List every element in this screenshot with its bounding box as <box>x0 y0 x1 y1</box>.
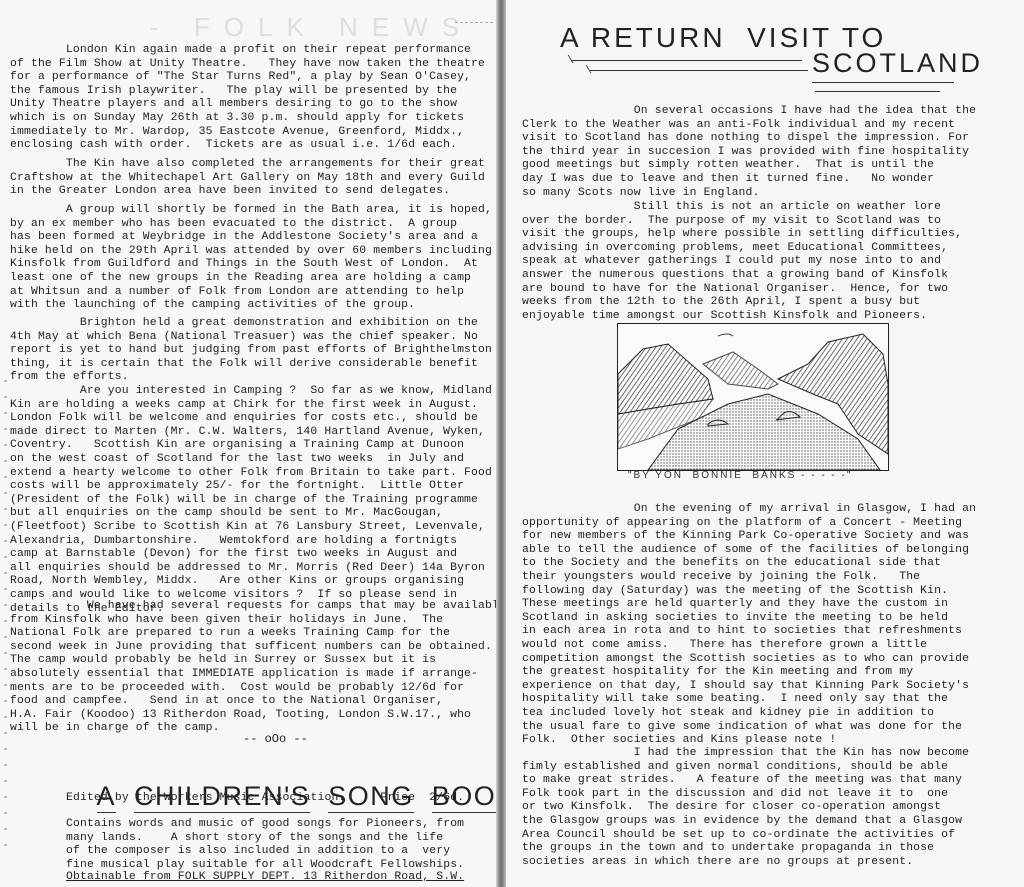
separator: -- oOo -- <box>243 732 308 746</box>
text-line: for a performance of "The Star Turns Red… <box>10 71 485 85</box>
text-line: the groups in the town and to undertake … <box>522 842 969 856</box>
songbook-description: Contains words and music of good songs f… <box>66 818 464 872</box>
paragraph-weather: On several occasions I have had the idea… <box>522 105 976 200</box>
paragraph-camp-requests: We have had several requests for camps t… <box>10 600 496 736</box>
text-line: thing, it is certain that the Folk will … <box>10 358 492 372</box>
text-line: from Kinsfolk who have been given their … <box>10 614 496 628</box>
text-line: in the Greater London area have been inv… <box>10 185 485 199</box>
text-line: by an ex member who has been evacuated t… <box>10 218 492 232</box>
text-line: (President of the Folk) will be in charg… <box>10 494 492 508</box>
songbook-obtainable: Obtainable from FOLK SUPPLY DEPT. 13 Rit… <box>66 871 464 885</box>
text-line: able to tell the audience of some of the… <box>522 544 976 558</box>
text-line: to the Society and the benefits on the e… <box>522 557 976 571</box>
text-line: all enquiries should be addressed to Mr.… <box>10 562 492 576</box>
text-line: but all enquiries on the camp should be … <box>10 507 492 521</box>
text-line: We have had several requests for camps t… <box>10 600 496 614</box>
text-line: with the launching of the camping activi… <box>10 299 492 313</box>
text-line: their youngsters would receive by joinin… <box>522 571 976 585</box>
book-spine <box>496 0 506 887</box>
text-line: which is on Sunday May 26th at 3.30 p.m.… <box>10 112 485 126</box>
text-line: On several occasions I have had the idea… <box>522 105 976 119</box>
paragraph-purpose: Still this is not an article on weather … <box>522 201 962 323</box>
text-line: The camp would probably be held in Surre… <box>10 654 496 668</box>
text-line: societies areas in which there are no gr… <box>522 856 969 870</box>
text-line: to make great strides. A feature of the … <box>522 774 969 788</box>
title-arrow-line <box>590 70 808 71</box>
text-line: 4th May at which Bena (National Treasuer… <box>10 331 492 345</box>
text-line: weeks from the 12th to the 26th April, I… <box>522 296 962 310</box>
text-line: food and campfee. Send in at once to the… <box>10 695 496 709</box>
title-arrow-line <box>572 60 802 61</box>
paragraph-camping: Are you interested in Camping ? So far a… <box>10 385 492 616</box>
text-line: tea included lovely hot steak and kidney… <box>522 707 976 721</box>
text-line: Area Council should be set up to co-ordi… <box>522 829 969 843</box>
text-line: speak at whatever gatherings I could put… <box>522 255 962 269</box>
text-line: at Whitsun and a number of Folk from Lon… <box>10 286 492 300</box>
paragraph-glasgow-arrival: On the evening of my arrival in Glasgow,… <box>522 503 976 748</box>
text-line: camp at Barnstable (Devon) for the first… <box>10 548 492 562</box>
text-line: These meetings are held quarterly and th… <box>522 598 976 612</box>
text-line: London Folk will be welcome and enquirie… <box>10 412 492 426</box>
text-line: visit the groups, help where possible in… <box>522 228 962 242</box>
text-line: On the evening of my arrival in Glasgow,… <box>522 503 976 517</box>
text-line: of the Film Show at Unity Theatre. They … <box>10 58 485 72</box>
paragraph-bath-group: A group will shortly be formed in the Ba… <box>10 204 492 313</box>
text-line: Brighton held a great demonstration and … <box>10 317 492 331</box>
text-line: advising in overcoming problems, meet Ed… <box>522 242 962 256</box>
text-line: second week in June providing that suffi… <box>10 641 496 655</box>
text-line: enjoyable time amongst our Scottish Kins… <box>522 310 962 324</box>
paragraph-craftshow: The Kin have also completed the arrangem… <box>10 158 485 199</box>
paragraph-brighton: Brighton held a great demonstration and … <box>10 317 492 385</box>
text-line: Kinsfolk from Guildford and Things in th… <box>10 258 492 272</box>
text-line: competition amongst the Scottish societi… <box>522 653 976 667</box>
text-line: National Folk are prepared to run a week… <box>10 627 496 641</box>
paragraph-impression: I had the impression that the Kin has no… <box>522 747 969 869</box>
text-line: Alexandria, Dumbartonshire. Wemtokford a… <box>10 535 492 549</box>
binding-holes <box>4 380 7 860</box>
text-line: visit to Scotland has done nothing to di… <box>522 132 976 146</box>
corner-mark <box>455 8 493 23</box>
text-line: costs will be approximately 25/- for the… <box>10 480 492 494</box>
text-line: or two Kinsfolk. The desire for closer c… <box>522 801 969 815</box>
text-line: London Kin again made a profit on their … <box>10 44 485 58</box>
text-line: least one of the new groups in the Readi… <box>10 272 492 286</box>
left-page: - FOLK NEWS - London Kin again made a pr… <box>0 0 496 887</box>
text-line: the usual fare to give some indication o… <box>522 721 976 735</box>
mountain-sketch-icon <box>618 324 888 470</box>
text-line: so many Scots now live in England. <box>522 187 976 201</box>
text-line: from the efforts. <box>10 371 492 385</box>
text-line: Scotland in asking societies to invite t… <box>522 612 976 626</box>
text-line: made direct to Marten (Mr. C.W. Walters,… <box>10 426 492 440</box>
title-underline <box>815 91 940 92</box>
mountain-illustration <box>617 323 889 471</box>
text-line: Craftshow at the Whitechapel Art Gallery… <box>10 172 485 186</box>
text-line: Kin are holding a weeks camp at Chirk fo… <box>10 399 492 413</box>
text-line: Road, North Wembley, Middx. Are other Ki… <box>10 575 492 589</box>
text-line: on the west coast of Scotland for the la… <box>10 453 492 467</box>
text-line: Coventry. Scottish Kin are organising a … <box>10 439 492 453</box>
text-line: A group will shortly be formed in the Ba… <box>10 204 492 218</box>
text-line: the third year in succesion I was provid… <box>522 146 976 160</box>
text-line: of the composer is also included in addi… <box>66 845 464 859</box>
text-line: hospitality will take some beating. I ne… <box>522 693 976 707</box>
text-line: The Kin have also completed the arrangem… <box>10 158 485 172</box>
text-line: day I was due to leave and then it turne… <box>522 173 976 187</box>
text-line: are bound to have for the National Organ… <box>522 283 962 297</box>
text-line: immediately to Mr. Wardop, 35 Eastcote A… <box>10 126 485 140</box>
illustration-caption: "BY YON BONNIE BANKS - - - - -" <box>628 470 852 481</box>
text-line: Contains words and music of good songs f… <box>66 818 464 832</box>
text-line: good meetings but simply rotten weather.… <box>522 159 976 173</box>
text-line: the Glasgow groups was in evidence by th… <box>522 815 969 829</box>
text-line: over the border. The purpose of my visit… <box>522 215 962 229</box>
text-line: absolutely essential that IMMEDIATE appl… <box>10 668 496 682</box>
text-line: enclosing cash with order. Tickets are a… <box>10 139 485 153</box>
text-line: opportunity of appearing on the platform… <box>522 517 976 531</box>
text-line: would not come amiss. There has therefor… <box>522 639 976 653</box>
text-line: answer the numerous questions that a gro… <box>522 269 962 283</box>
text-line: ments are to be proceeded with. Cost wou… <box>10 682 496 696</box>
text-line: I had the impression that the Kin has no… <box>522 747 969 761</box>
text-line: Folk took part in the discussion and did… <box>522 788 969 802</box>
text-line: fimly established and given normal condi… <box>522 761 969 775</box>
text-line: extend a hearty welcome to other Folk fr… <box>10 467 492 481</box>
text-line: for new members of the Kinning Park Co-o… <box>522 530 976 544</box>
text-line: following day (Saturday) was the meeting… <box>522 585 976 599</box>
text-line: hike held on the 29th April was attended… <box>10 245 492 259</box>
text-line: the greatest hospitality for the Kin mee… <box>522 666 976 680</box>
text-line: report is yet to hand but judging from p… <box>10 344 492 358</box>
title-underline <box>812 82 954 83</box>
text-line: Clerk to the Weather was an anti-Folk in… <box>522 119 976 133</box>
songbook-edited-by: Edited by the Workers Music Association.… <box>66 792 464 806</box>
text-line: Folk. Other societies and Kins please no… <box>522 734 976 748</box>
text-line: many lands. A short story of the songs a… <box>66 832 464 846</box>
text-line: Are you interested in Camping ? So far a… <box>10 385 492 399</box>
text-line: H.A. Fair (Koodoo) 13 Ritherdon Road, To… <box>10 709 496 723</box>
text-line: Unity Theatre players and all members de… <box>10 98 485 112</box>
article-title-line2: SCOTLAND <box>812 48 983 79</box>
text-line: in each area in rota and to hint to soci… <box>522 625 976 639</box>
text-line: the famous Irish playwriter. The play wi… <box>10 85 485 99</box>
text-line: (Fleetfoot) Scribe to Scottish Kin at 76… <box>10 521 492 535</box>
text-line: Still this is not an article on weather … <box>522 201 962 215</box>
paragraph-london-kin: London Kin again made a profit on their … <box>10 44 485 153</box>
text-line: has been formed at Weybridge in the Addl… <box>10 231 492 245</box>
text-line: experience on that day, I should say tha… <box>522 680 976 694</box>
